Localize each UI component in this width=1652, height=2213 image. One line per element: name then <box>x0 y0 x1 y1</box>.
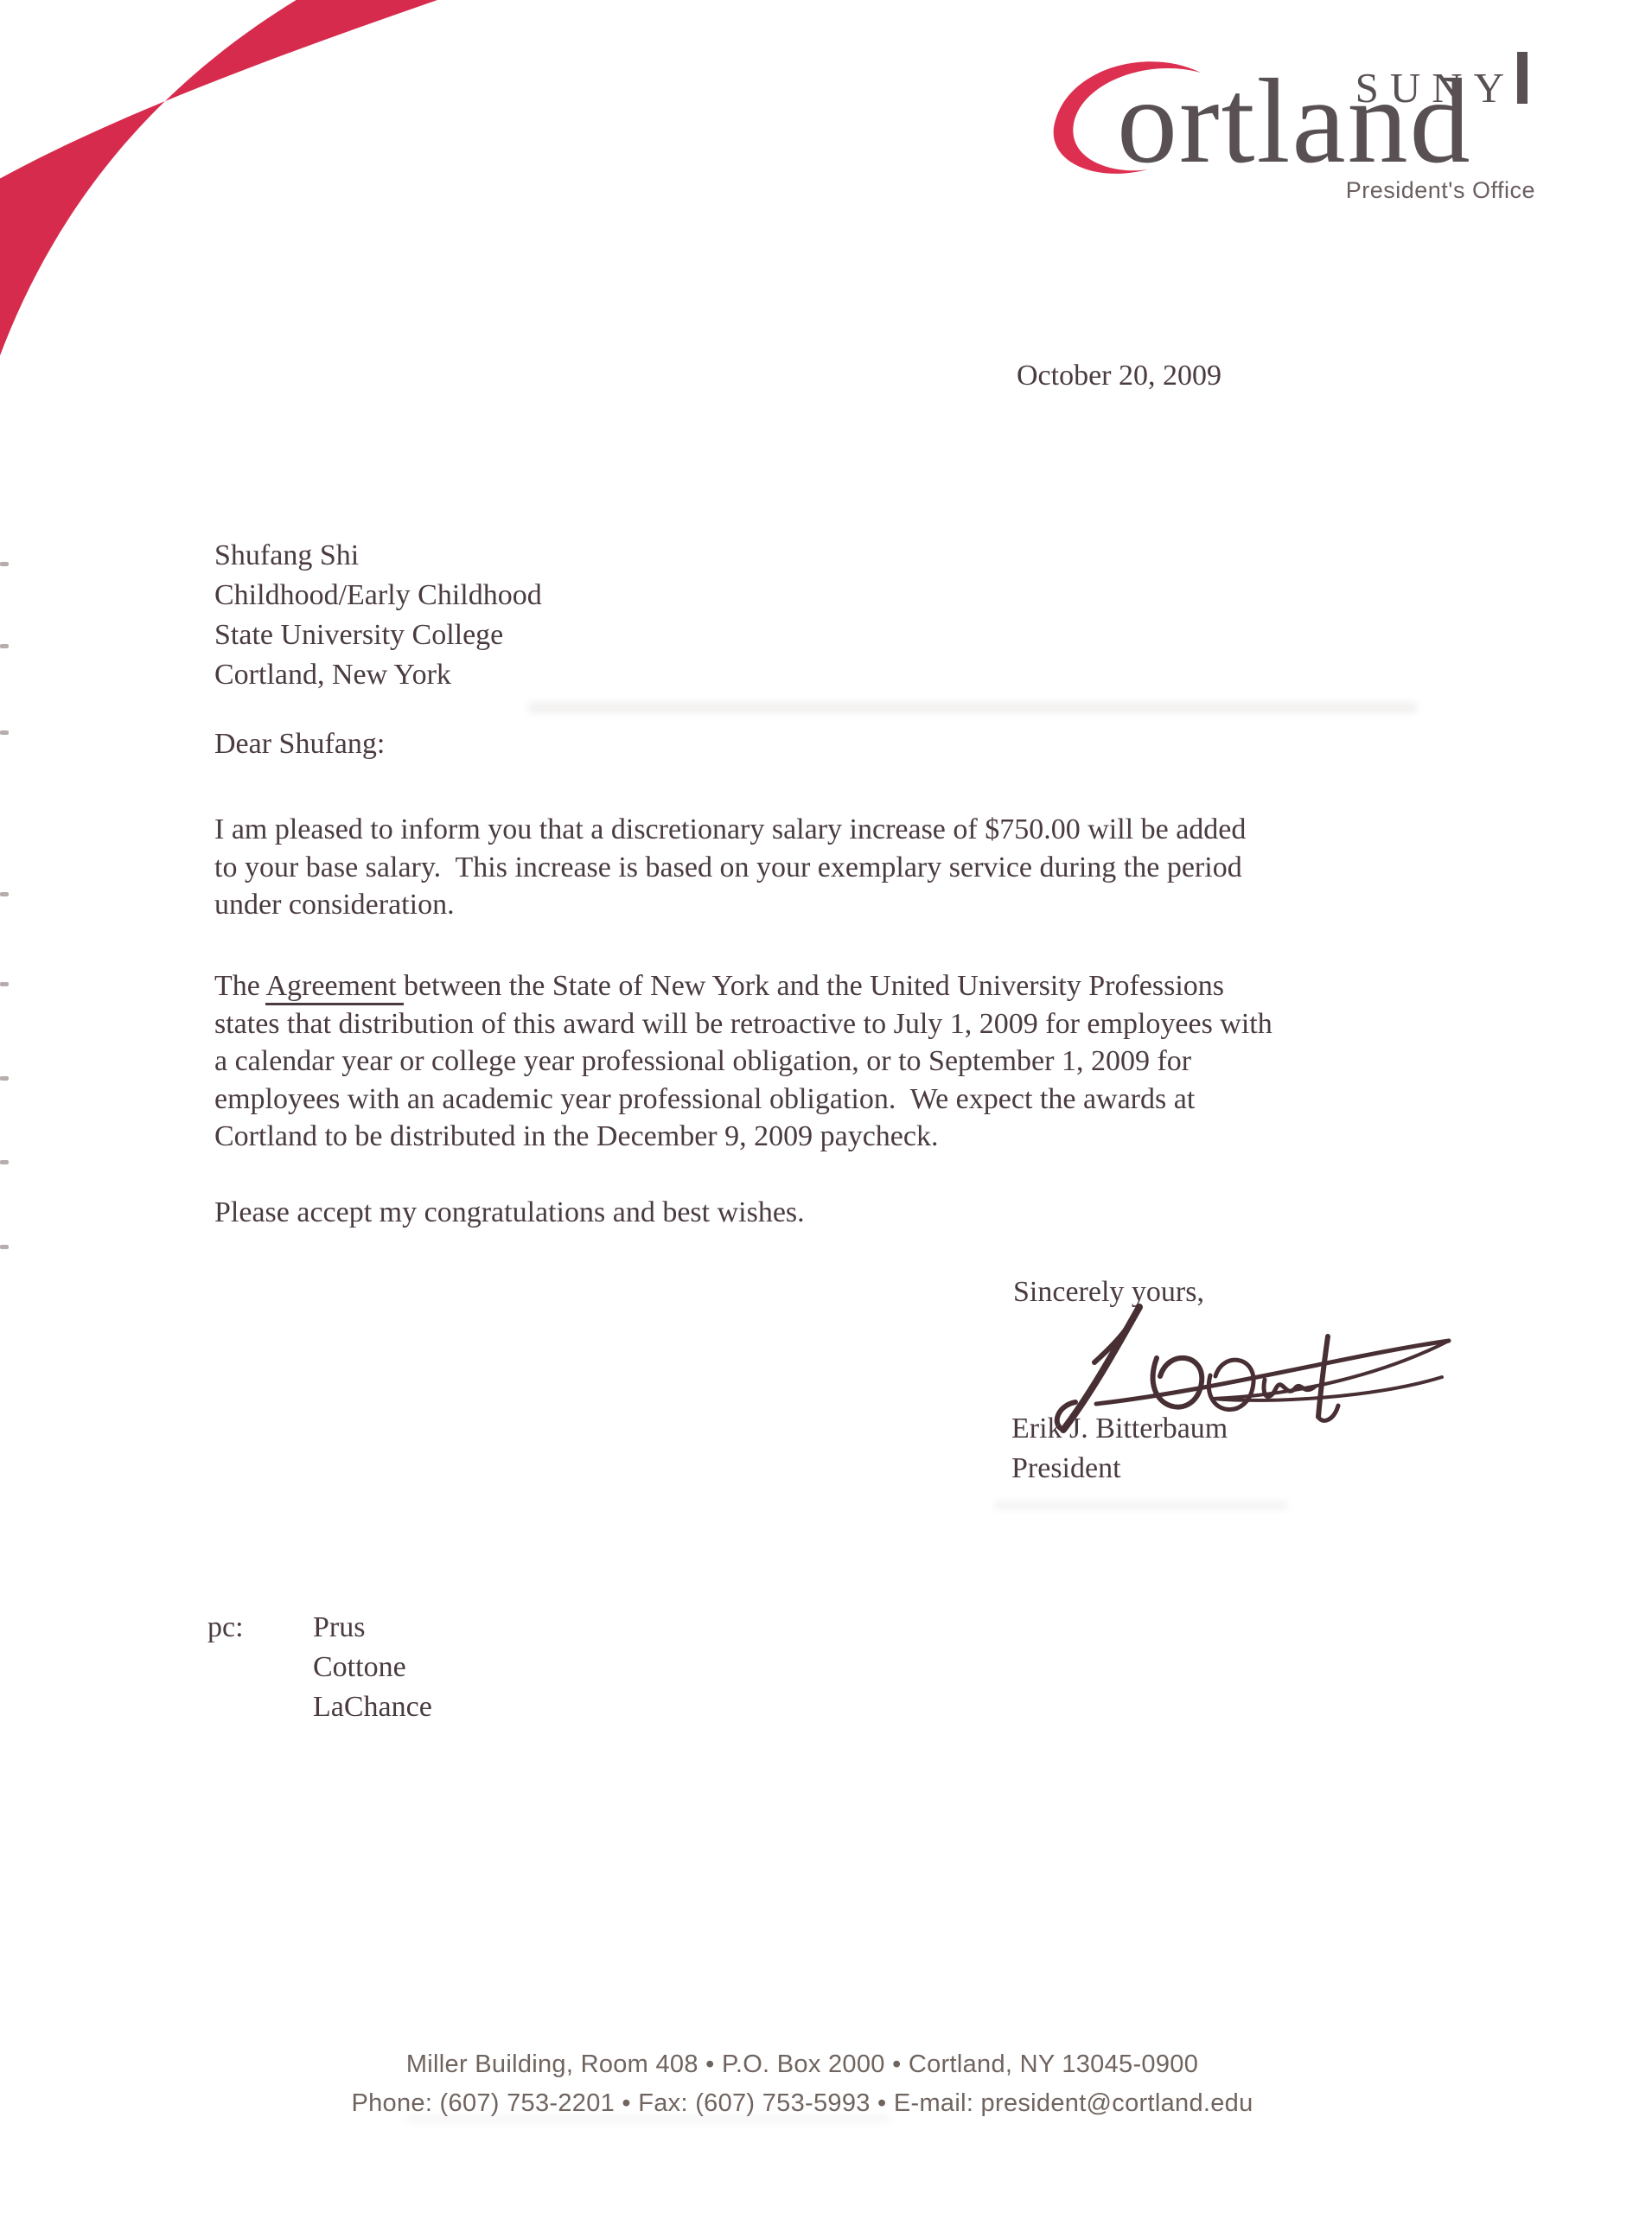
agreement-lead: The <box>214 970 265 1002</box>
agreement-underlined-word: Agreement <box>265 970 404 1005</box>
signer-name: Erik J. Bitterbaum <box>1011 1409 1228 1449</box>
signature-block: Erik J. Bitterbaum President <box>1011 1409 1228 1489</box>
suny-cortland-logo: ortland SUNY President's Office <box>1020 48 1556 212</box>
paragraph-salary-increase: I am pleased to inform you that a discre… <box>214 811 1246 924</box>
salutation: Dear Shufang: <box>214 728 385 761</box>
scanned-letter-page: ortland SUNY President's Office October … <box>0 0 1652 2213</box>
scan-edge-mark <box>0 562 9 566</box>
letter-date: October 20, 2009 <box>1017 360 1221 392</box>
scan-edge-mark <box>0 982 9 986</box>
scan-edge-mark <box>0 644 9 648</box>
presidents-office-label: President's Office <box>1346 177 1535 204</box>
agreement-line1-rest: between the State of New York and the Un… <box>404 970 1224 1002</box>
signer-title: President <box>1011 1449 1228 1489</box>
scan-streak <box>994 1501 1288 1510</box>
scan-streak <box>406 2114 890 2123</box>
pc-names-list: Prus Cottone LaChance <box>313 1608 659 1727</box>
paragraph-agreement-rest: states that distribution of this award w… <box>214 1005 1272 1156</box>
scan-edge-mark <box>0 1076 9 1081</box>
scan-streak <box>527 702 1418 713</box>
paragraph-agreement: The Agreement between the State of New Y… <box>214 967 1272 1156</box>
scan-edge-mark <box>0 892 9 896</box>
footer-address-line: Miller Building, Room 408 • P.O. Box 200… <box>0 2045 1604 2084</box>
suny-wordmark: SUNY <box>1355 67 1515 109</box>
paragraph-agreement-line1: The Agreement between the State of New Y… <box>214 967 1272 1005</box>
wordmark-d-ascender <box>1517 52 1528 104</box>
letterhead-footer: Miller Building, Room 408 • P.O. Box 200… <box>0 2045 1604 2123</box>
pc-label: pc: <box>207 1608 244 1648</box>
scan-edge-mark <box>0 1245 9 1249</box>
red-swoosh-decoration <box>0 0 605 406</box>
scan-edge-mark <box>0 730 9 735</box>
recipient-address: Shufang Shi Childhood/Early Childhood St… <box>214 536 542 695</box>
scan-edge-mark <box>0 1160 9 1164</box>
paragraph-congratulations: Please accept my congratulations and bes… <box>214 1194 805 1232</box>
